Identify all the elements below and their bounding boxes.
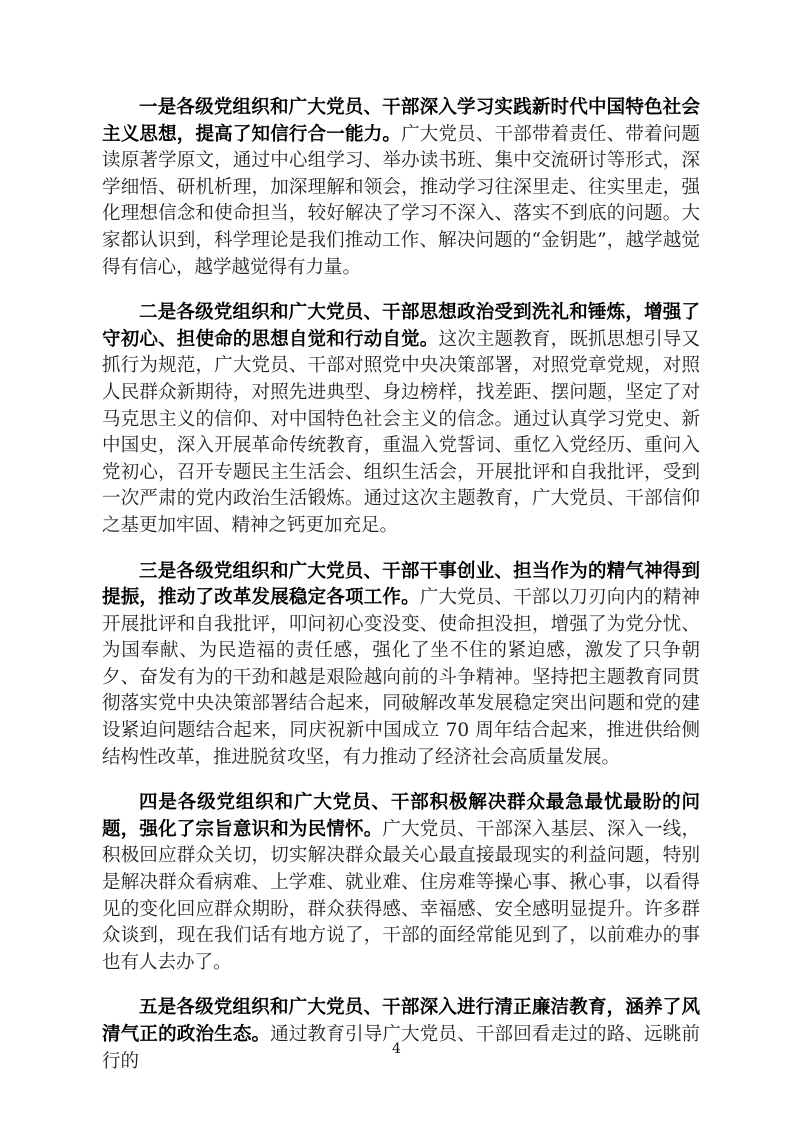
- paragraph-1-body: 广大党员、干部带着责任、带着问题读原著学原文，通过中心组学习、举办读书班、集中交…: [102, 124, 700, 278]
- paragraph-1: 一是各级党组织和广大党员、干部深入学习实践新时代中国特色社会主义思想，提高了知信…: [102, 95, 700, 281]
- paragraph-2-body: 这次主题教育，既抓思想引导又抓行为规范，广大党员、干部对照党中央决策部署，对照党…: [102, 329, 700, 536]
- paragraph-3-body: 广大党员、干部以刀刃向内的精神开展批评和自我批评，叩问初心变没变、使命担没担，增…: [102, 587, 700, 768]
- document-body: 一是各级党组织和广大党员、干部深入学习实践新时代中国特色社会主义思想，提高了知信…: [102, 95, 700, 1075]
- paragraph-4: 四是各级党组织和广大党员、干部积极解决群众最急最忧最盼的问题，强化了宗旨意识和为…: [102, 790, 700, 976]
- paragraph-5: 五是各级党组织和广大党员、干部深入进行清正廉洁教育，涵养了风清气正的政治生态。通…: [102, 995, 700, 1075]
- paragraph-3: 三是各级党组织和广大党员、干部干事创业、担当作为的精气神得到提振，推动了改革发展…: [102, 559, 700, 772]
- paragraph-4-body: 广大党员、干部深入基层、深入一线，积极回应群众关切，切实解决群众最关心最直接最现…: [102, 819, 700, 973]
- page-number: 4: [0, 1040, 793, 1058]
- paragraph-2: 二是各级党组织和广大党员、干部思想政治受到洗礼和锤炼，增强了守初心、担使命的思想…: [102, 300, 700, 539]
- document-page: 一是各级党组织和广大党员、干部深入学习实践新时代中国特色社会主义思想，提高了知信…: [0, 0, 793, 1122]
